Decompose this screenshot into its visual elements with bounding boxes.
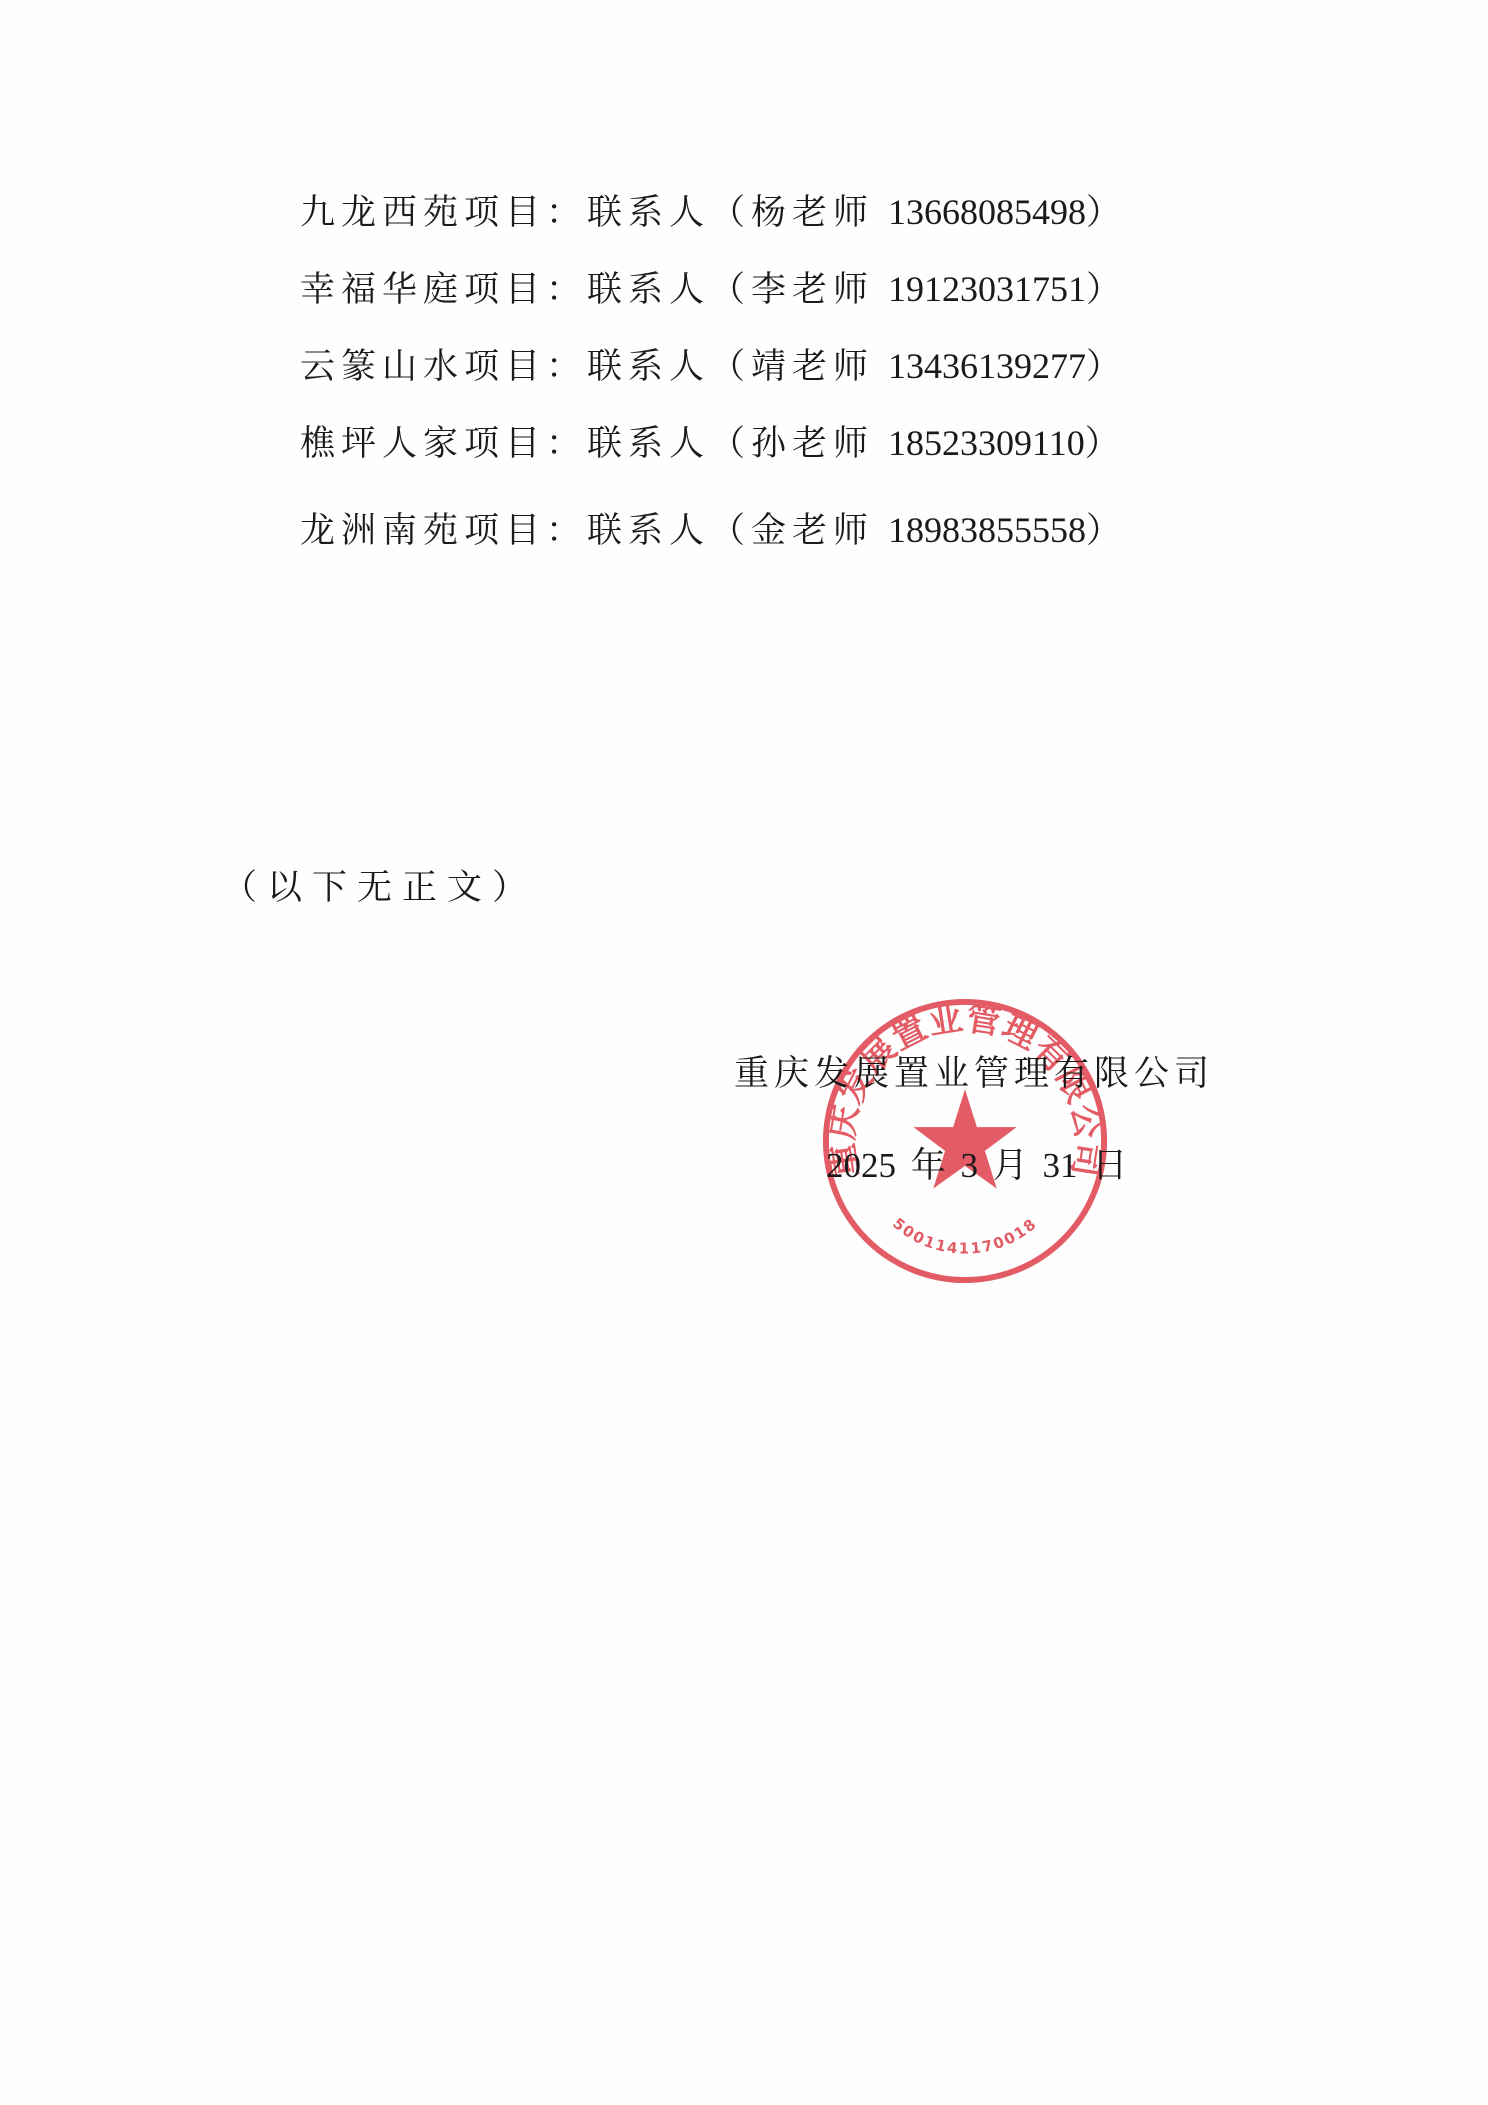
contact-teacher: 金老师 [751,511,874,551]
contact-teacher: 杨老师 [751,193,874,233]
contact-label: ：联系人（ [546,511,751,551]
close-paren: ） [1086,347,1127,387]
contact-phone: 19123031751 [888,269,1086,309]
project-name: 云篆山水项目 [300,347,546,387]
contact-phone: 13436139277 [888,346,1086,386]
project-name: 九龙西苑项目 [300,193,546,233]
contact-label: ：联系人（ [546,270,751,310]
contact-line-longzhou: 龙洲南苑项目：联系人（金老师18983855558） [300,508,1127,553]
contact-line-xingfu: 幸福华庭项目：联系人（李老师19123031751） [300,267,1127,312]
contact-phone: 18523309110 [888,423,1085,463]
project-name: 樵坪人家项目 [300,424,546,464]
contact-label: ：联系人（ [546,424,751,464]
contact-phone: 13668085498 [888,192,1086,232]
project-name: 幸福华庭项目 [300,270,546,310]
issue-date: 2025 年 3 月 31 日 [826,1144,1127,1188]
contact-phone: 18983855558 [888,510,1086,550]
document-page: 九龙西苑项目：联系人（杨老师13668085498） 幸福华庭项目：联系人（李老… [0,0,1488,2105]
project-name: 龙洲南苑项目 [300,511,546,551]
contact-line-yunzhuan: 云篆山水项目：联系人（靖老师13436139277） [300,344,1127,389]
contact-teacher: 李老师 [751,270,874,310]
svg-text:5001141170018: 5001141170018 [889,1214,1041,1257]
issuer-company-name: 重庆发展置业管理有限公司 [734,1052,1214,1096]
contact-label: ：联系人（ [546,193,751,233]
close-paren: ） [1085,424,1126,464]
company-seal-icon: 重庆发展置业管理有限公司 5001141170018 [816,992,1114,1290]
close-paren: ） [1086,270,1127,310]
contact-label: ：联系人（ [546,347,751,387]
contact-line-jiulong: 九龙西苑项目：联系人（杨老师13668085498） [300,190,1127,235]
end-of-text-note: （以下无正文） [222,866,537,910]
contact-teacher: 靖老师 [751,347,874,387]
close-paren: ） [1086,193,1127,233]
close-paren: ） [1086,511,1127,551]
contact-teacher: 孙老师 [751,424,874,464]
contact-line-qiaoping: 樵坪人家项目：联系人（孙老师18523309110） [300,421,1126,466]
